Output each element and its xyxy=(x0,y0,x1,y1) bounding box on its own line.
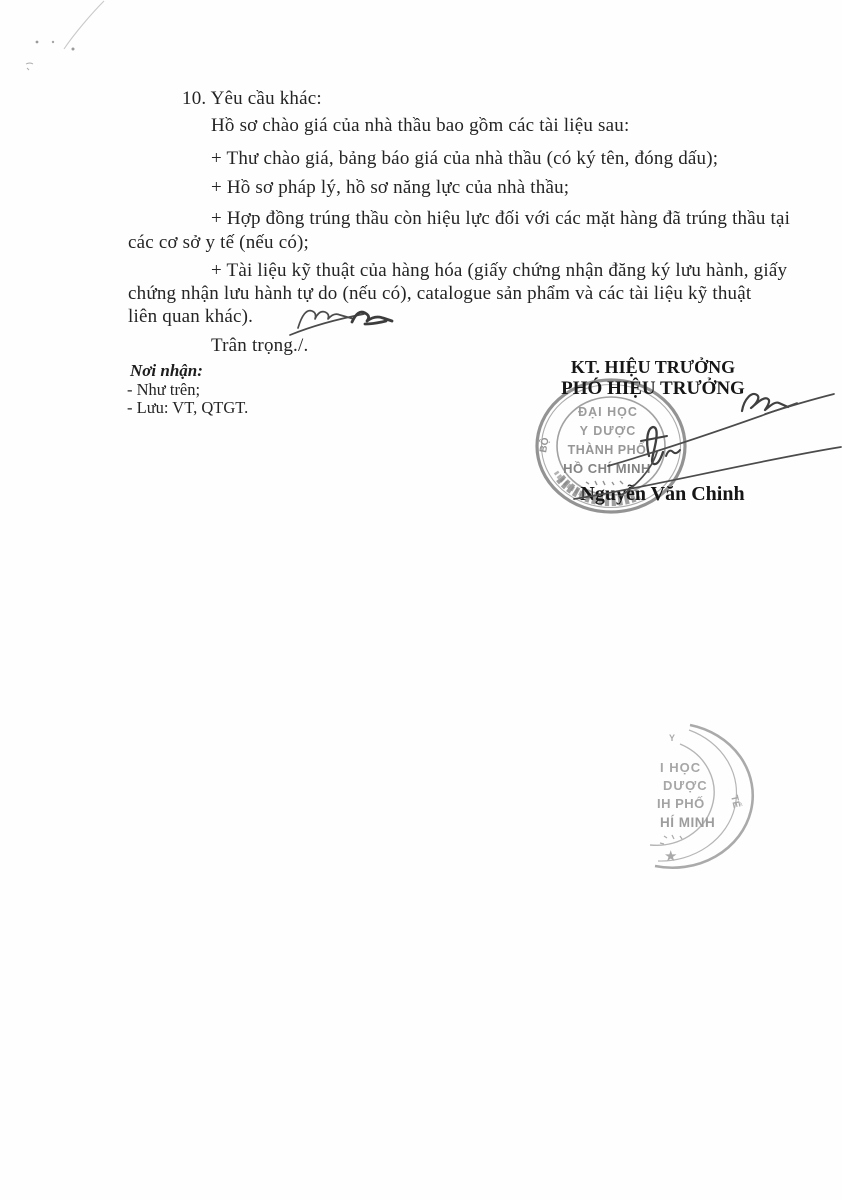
recipients-label: Nơi nhận: xyxy=(130,361,203,381)
bullet-4-line-2: chứng nhận lưu hành tự do (nếu có), cata… xyxy=(128,282,751,306)
bullet-3-line-1: + Hợp đồng trúng thầu còn hiệu lực đối v… xyxy=(211,207,790,231)
recipients-item-1: - Như trên; xyxy=(127,380,200,400)
bullet-4-line-1: + Tài liệu kỹ thuật của hàng hóa (giấy c… xyxy=(211,259,787,283)
faded-stamp: Y I HỌC DƯỢC IH PHỐ HÍ MINH ★ TẾ xyxy=(650,725,753,868)
faded-stamp-top-letter: Y xyxy=(669,733,675,743)
signer-role-line-1: KT. HIỆU TRƯỞNG xyxy=(537,357,769,378)
university-stamp: BỘ ĐẠI HỌC Y DƯỢC THÀNH PHỐ HỒ CHÍ MINH xyxy=(536,380,685,512)
bullet-3-line-2: các cơ sở y tế (nếu có); xyxy=(128,231,309,255)
text-layer: 10. Yêu cầu khác: Hồ sơ chào giá của nhà… xyxy=(0,0,842,1200)
faded-stamp-star-icon: ★ xyxy=(664,848,677,865)
faded-stamp-small-marks xyxy=(660,835,682,844)
scan-artifacts xyxy=(26,1,104,70)
stamp-line-ho-chi-minh: HỒ CHÍ MINH xyxy=(563,461,651,476)
stamp-line-y-duoc: Y DƯỢC xyxy=(580,424,637,438)
faded-stamp-line1: I HỌC xyxy=(660,760,701,775)
bullet-1: + Thư chào giá, bảng báo giá của nhà thầ… xyxy=(211,147,718,171)
stamp-ring-smudge-2 xyxy=(556,472,600,499)
signature-ink xyxy=(290,311,841,499)
signature-down-stroke xyxy=(619,452,657,496)
section-heading: 10. Yêu cầu khác: xyxy=(182,87,322,111)
faded-stamp-ring-right-text: TẾ xyxy=(728,794,744,810)
stamp-ring-left-text: BỘ xyxy=(536,436,551,453)
intro-line: Hồ sơ chào giá của nhà thầu bao gồm các … xyxy=(211,114,629,138)
initials-mark-1 xyxy=(298,311,354,328)
bullet-2: + Hồ sơ pháp lý, hồ sơ năng lực của nhà … xyxy=(211,176,569,200)
initials-underline xyxy=(290,314,364,335)
signer-name: Nguyễn Văn Chinh xyxy=(560,483,765,506)
faded-stamp-line3: IH PHỐ xyxy=(657,796,705,811)
signature-cross-stroke xyxy=(641,436,667,441)
signature-loop xyxy=(647,427,663,464)
stamp-small-marks xyxy=(586,481,623,485)
stamp-line-thanh-pho: THÀNH PHỐ xyxy=(568,442,647,457)
recipients-item-2: - Lưu: VT, QTGT. xyxy=(127,398,248,418)
signature-titles: KT. HIỆU TRƯỞNG PHÓ HIỆU TRƯỞNG xyxy=(537,357,769,400)
faded-stamp-line4: HÍ MINH xyxy=(660,815,715,830)
stamp-line-dai-hoc: ĐẠI HỌC xyxy=(578,405,638,419)
stamp-ring-smudge xyxy=(560,478,639,501)
scanned-letter-page: BỘ ĐẠI HỌC Y DƯỢC THÀNH PHỐ HỒ CHÍ MINH … xyxy=(0,0,842,1200)
signature-flourish-tail xyxy=(765,394,834,414)
signature-flourish xyxy=(742,394,788,411)
signer-role-line-2: PHÓ HIỆU TRƯỞNG xyxy=(537,378,769,400)
handwritten-ink-layer xyxy=(0,0,842,1200)
signature-sweep-upper xyxy=(608,403,797,466)
initials-mark-2 xyxy=(352,312,392,324)
faded-stamp-line2: DƯỢC xyxy=(663,778,708,793)
bullet-4-line-3: liên quan khác). xyxy=(128,305,253,329)
signature-small-m xyxy=(666,450,680,456)
closing-line: Trân trọng./. xyxy=(211,334,308,358)
signature-sweep-lower xyxy=(574,447,841,499)
stamps-layer: BỘ ĐẠI HỌC Y DƯỢC THÀNH PHỐ HỒ CHÍ MINH … xyxy=(0,0,842,1200)
